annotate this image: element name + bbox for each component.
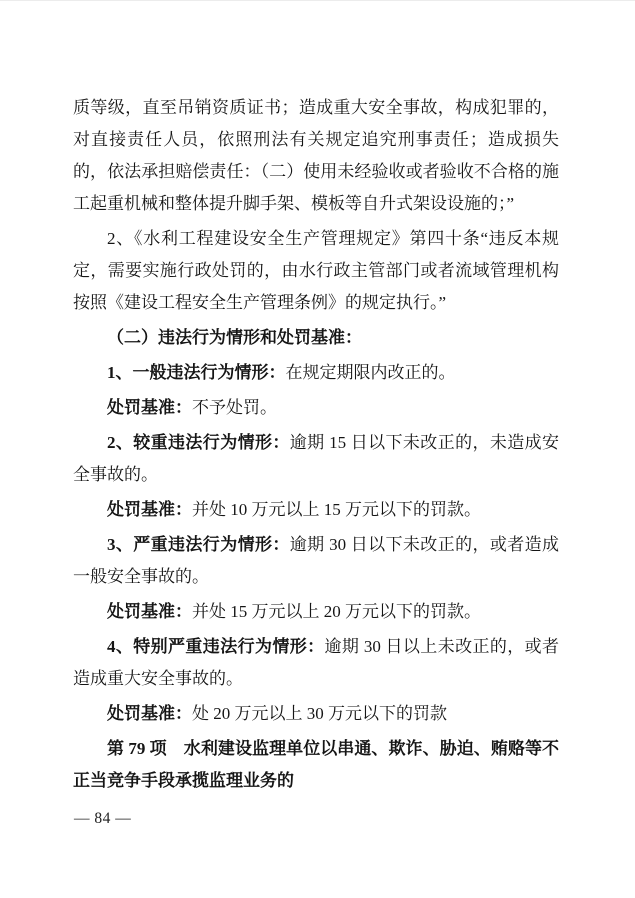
paragraph: 处罚基准：并处 10 万元以上 15 万元以下的罚款。 — [73, 494, 559, 526]
page-number: — 84 — — [74, 810, 131, 827]
paragraph-run-bold: 2、较重违法行为情形： — [107, 433, 290, 452]
paragraph-run: 不予处罚。 — [192, 398, 277, 417]
paragraph-run: 并处 15 万元以上 20 万元以下的罚款。 — [192, 602, 481, 621]
page-footer: — 84 — — [74, 808, 131, 830]
paragraph-run: 质等级，直至吊销资质证书；造成重大安全事故，构成犯罪的，对直接责任人员，依照刑法… — [73, 98, 559, 213]
paragraph-run: 2、《水利工程建设安全生产管理规定》第四十条“违反本规定，需要实施行政处罚的，由… — [73, 229, 559, 312]
paragraph: 2、较重违法行为情形：逾期 15 日以下未改正的，未造成安全事故的。 — [73, 427, 559, 491]
paragraph-run-bold: 第 79 项 水利建设监理单位以串通、欺诈、胁迫、贿赂等不正当竞争手段承揽监理业… — [73, 739, 559, 790]
paragraph-run: 处 20 万元以上 30 万元以下的罚款 — [192, 704, 447, 723]
paragraph-run-bold: 4、特别严重违法行为情形： — [107, 637, 325, 656]
paragraph-run: 并处 10 万元以上 15 万元以下的罚款。 — [192, 500, 481, 519]
paragraph: （二）违法行为情形和处罚基准： — [73, 322, 559, 354]
paragraph: 1、一般违法行为情形：在规定期限内改正的。 — [73, 357, 559, 389]
paragraph: 第 79 项 水利建设监理单位以串通、欺诈、胁迫、贿赂等不正当竞争手段承揽监理业… — [73, 733, 559, 797]
paragraph: 4、特别严重违法行为情形：逾期 30 日以上未改正的，或者造成重大安全事故的。 — [73, 631, 559, 695]
paragraph: 3、严重违法行为情形：逾期 30 日以下未改正的，或者造成一般安全事故的。 — [73, 529, 559, 593]
paragraph: 处罚基准：处 20 万元以上 30 万元以下的罚款 — [73, 698, 559, 730]
paragraph-run-bold: 处罚基准： — [107, 500, 192, 519]
paragraph: 处罚基准：不予处罚。 — [73, 392, 559, 424]
paragraph-run: 在规定期限内改正的。 — [286, 363, 456, 382]
paragraph-run-bold: 处罚基准： — [107, 398, 192, 417]
paragraph-run-bold: 1、一般违法行为情形： — [107, 363, 286, 382]
document-page: 质等级，直至吊销资质证书；造成重大安全事故，构成犯罪的，对直接责任人员，依照刑法… — [0, 0, 635, 898]
paragraph-run-bold: 处罚基准： — [107, 602, 192, 621]
paragraph: 2、《水利工程建设安全生产管理规定》第四十条“违反本规定，需要实施行政处罚的，由… — [73, 223, 559, 319]
document-body: 质等级，直至吊销资质证书；造成重大安全事故，构成犯罪的，对直接责任人员，依照刑法… — [73, 92, 559, 800]
paragraph: 质等级，直至吊销资质证书；造成重大安全事故，构成犯罪的，对直接责任人员，依照刑法… — [73, 92, 559, 220]
paragraph-run-bold: 3、严重违法行为情形： — [107, 535, 290, 554]
paragraph-run-bold: （二）违法行为情形和处罚基准： — [107, 328, 362, 347]
paragraph-run-bold: 处罚基准： — [107, 704, 192, 723]
paragraph: 处罚基准：并处 15 万元以上 20 万元以下的罚款。 — [73, 596, 559, 628]
